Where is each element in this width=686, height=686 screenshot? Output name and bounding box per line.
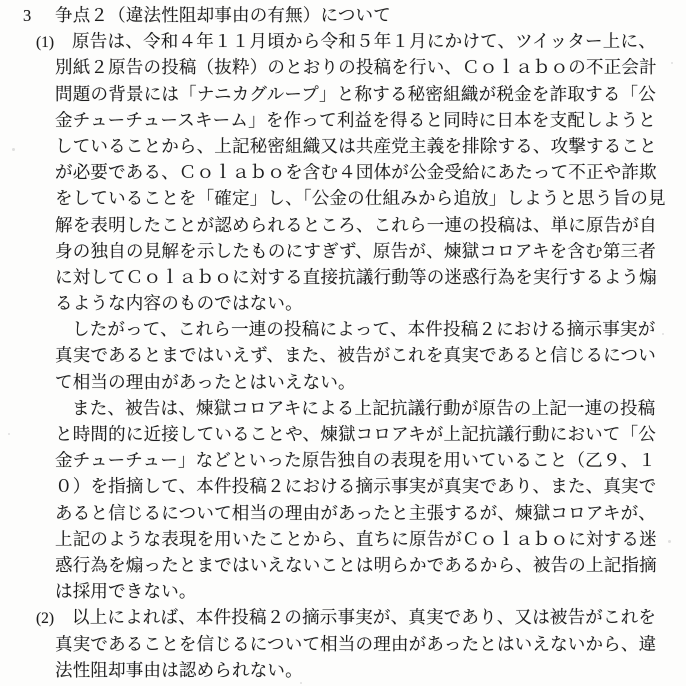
paragraph-end-line: て相当の理由があったとはいえない。 [0,369,686,395]
text-segment: したがって、これら一連の投稿によって、本件投稿２における摘示事実が [72,319,655,339]
section-3-heading: 3争点２（違法性阻却事由の有無）について [0,2,686,28]
text-segment: 金チューチュースキーム」を作って利益を得ると同時に日本を支配しようと [55,110,656,130]
section-title: 争点２（違法性阻却事由の有無）について [55,5,391,25]
body-text-line: 解を表明したことが認められるところ、これら一連の投稿は、単に原告が自 [0,212,656,238]
text-segment: 上記のような表現を用いたことから、直ちに原告がＣｏｌａｂｏに対する迷 [55,529,657,549]
body-text-line: 問題の背景には「ナニカグループ」と称する秘密組織が税金を詐取する「公 [0,81,656,107]
scan-speck [12,148,15,151]
body-text-line: 惑行為を煽ったとまではいえないことは明らかであるから、被告の上記指摘 [0,552,656,578]
text-segment: ０）を指摘して、本件投稿２における摘示事実が真実であり、また、真実で [55,476,656,496]
body-text-line: 別紙２原告の投稿（抜粋）のとおりの投稿を行い、Ｃｏｌａｂｏの不正会計 [0,54,656,80]
scan-speck [662,333,664,335]
body-text-line: 金チューチュースキーム」を作って利益を得ると同時に日本を支配しようと [0,107,656,133]
paragraph-end-line: るような内容のものではない。 [0,290,686,316]
text-segment: また、被告は、煉獄コロアキによる上記抗議行動が原告の上記一連の投稿 [72,398,655,418]
text-segment: 以上によれば、本件投稿２の摘示事実が、真実であり、又は被告がこれを [72,607,656,627]
body-text-line: 真実であることを信じるについて相当の理由があったとはいえないから、違 [0,631,656,657]
text-segment: 原告は、令和４年１１月頃から令和５年１月にかけて、ツイッター上に、 [72,31,656,51]
text-segment: 真実であることを信じるについて相当の理由があったとはいえないから、違 [55,634,656,654]
text-segment: は採用できない。 [55,581,197,601]
text-segment: 法性阻却事由は認められない。 [55,660,303,680]
text-segment: 惑行為を煽ったとまではいえないことは明らかであるから、被告の上記指摘 [55,555,657,575]
body-text-line: をしていることを「確定」し、「公金の仕組みから追放」しようと思う旨の見 [0,185,656,211]
body-text-line: していることから、上記秘密組織又は共産党主義を排除する、攻撃すること [0,133,656,159]
text-segment: が必要である、Ｃｏｌａｂｏを含む４団体が公金受給にあたって不正や詐欺 [55,162,657,182]
body-text-line: ０）を指摘して、本件投稿２における摘示事実が真実であり、また、真実で [0,473,656,499]
body-text-line: と時間的に近接していることや、煉獄コロアキが上記抗議行動において「公 [0,421,656,447]
text-segment: 別紙２原告の投稿（抜粋）のとおりの投稿を行い、Ｃｏｌａｂｏの不正会計 [55,57,657,77]
text-segment: に対してＣｏｌａｂｏに対する直接抗議行動等の迷惑行為を実行するよう煽 [55,267,657,287]
text-segment: していることから、上記秘密組織又は共産党主義を排除する、攻撃すること [55,136,657,156]
text-segment: と時間的に近接していることや、煉獄コロアキが上記抗議行動において「公 [55,424,656,444]
text-segment: 金チューチュー」などといった原告独自の表現を用いていること（乙９、１ [55,450,656,470]
text-segment: 身の独自の見解を示したものにすぎず、原告が、煉獄コロアキを含む第三者 [55,241,656,261]
paragraph-start-line: したがって、これら一連の投稿によって、本件投稿２における摘示事実が [0,316,655,342]
body-text-line: 真実であるとまではいえず、また、被告がこれを真実であると信じるについ [0,342,656,368]
body-text-line: が必要である、Ｃｏｌａｂｏを含む４団体が公金受給にあたって不正や詐欺 [0,159,656,185]
section-number: 3 [23,3,55,29]
text-segment: をしていることを「確定」し、「公金の仕組みから追放」しようと思う旨の見 [55,188,666,208]
body-text-line: あると信じるについて相当の理由があったと主張するが、煉獄コロアキが、 [0,500,656,526]
scan-speck [300,682,302,684]
scan-speck [8,433,10,435]
item-1-label: (1) [36,30,72,56]
text-segment: 真実であるとまではいえず、また、被告がこれを真実であると信じるについ [55,345,656,365]
text-segment: 問題の背景には「ナニカグループ」と称する秘密組織が税金を詐取する「公 [55,84,656,104]
body-text-line: 金チューチュー」などといった原告独自の表現を用いていること（乙９、１ [0,447,656,473]
scanned-judgment-page: 3争点２（違法性阻却事由の有無）について (1)原告は、令和４年１１月頃から令和… [0,0,686,686]
text-segment: あると信じるについて相当の理由があったと主張するが、煉獄コロアキが、 [55,503,656,523]
body-text-line: 上記のような表現を用いたことから、直ちに原告がＣｏｌａｂｏに対する迷 [0,526,656,552]
paragraph-end-line: 法性阻却事由は認められない。 [0,657,686,683]
paragraph-end-line: は採用できない。 [0,578,686,604]
item-1-first-line: (1)原告は、令和４年１１月頃から令和５年１月にかけて、ツイッター上に、 [0,28,656,54]
item-2-label: (2) [36,606,72,632]
text-segment: て相当の理由があったとはいえない。 [55,372,356,392]
scan-speck [671,62,673,64]
item-2-first-line: (2)以上によれば、本件投稿２の摘示事実が、真実であり、又は被告がこれを [0,604,656,630]
body-text-line: 身の独自の見解を示したものにすぎず、原告が、煉獄コロアキを含む第三者 [0,238,656,264]
scan-speck [668,540,671,543]
text-segment: るような内容のものではない。 [55,293,303,313]
text-segment: 解を表明したことが認められるところ、これら一連の投稿は、単に原告が自 [55,215,657,235]
body-text-line: に対してＣｏｌａｂｏに対する直接抗議行動等の迷惑行為を実行するよう煽 [0,264,656,290]
paragraph-start-line: また、被告は、煉獄コロアキによる上記抗議行動が原告の上記一連の投稿 [0,395,655,421]
